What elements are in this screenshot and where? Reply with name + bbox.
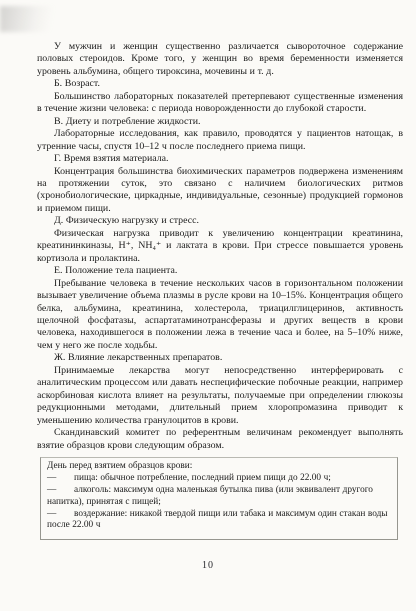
page-number: 10 [0, 560, 416, 571]
note-box-item-text: воздержание: никакой твердой пищи или та… [47, 509, 388, 531]
section-heading: Г. Время взятия материала. [37, 153, 403, 165]
section-heading: Б. Возраст. [37, 78, 403, 90]
section-heading: Е. Положение тела пациента. [37, 265, 403, 277]
body-paragraph: Большинство лабораторных показателей пре… [37, 91, 403, 116]
dash-bullet: — [47, 485, 74, 497]
body-paragraph: Концентрация большинства биохимических п… [37, 166, 403, 216]
body-paragraph: Лабораторные исследования, как правило, … [37, 128, 403, 153]
dash-bullet: — [47, 509, 74, 521]
dash-bullet: — [47, 473, 74, 485]
body-paragraph: Физическая нагрузка приводит к увеличени… [37, 228, 403, 265]
section-heading: В. Диету и потребление жидкости. [37, 116, 403, 128]
body-paragraph: Скандинавский комитет по референтным вел… [37, 427, 403, 452]
section-heading: Ж. Влияние лекарственных препаратов. [37, 352, 403, 364]
body-paragraph: Принимаемые лекарства могут непосредстве… [37, 365, 403, 427]
scanned-book-page: У мужчин и женщин существенно различаетс… [0, 0, 416, 611]
note-box-item: —пища: обычное потребление, последний пр… [47, 473, 390, 485]
note-box-item-text: пища: обычное потребление, последний при… [74, 473, 331, 483]
scan-artifact [0, 6, 64, 32]
note-box-item-text: алкоголь: максимум одна маленькая бутылк… [47, 485, 373, 507]
page-text-block: У мужчин и женщин существенно различаетс… [37, 41, 403, 540]
blood-sampling-note-box: День перед взятием образцов крови: —пища… [40, 457, 398, 540]
note-box-item: —воздержание: никакой твердой пищи или т… [47, 509, 390, 533]
body-paragraph: У мужчин и женщин существенно различаетс… [37, 41, 403, 78]
section-heading: Д. Физическую нагрузку и стресс. [37, 215, 403, 227]
note-box-title: День перед взятием образцов крови: [47, 461, 390, 473]
body-paragraph: Пребывание человека в течение нескольких… [37, 278, 403, 353]
note-box-item: —алкоголь: максимум одна маленькая бутыл… [47, 485, 390, 509]
